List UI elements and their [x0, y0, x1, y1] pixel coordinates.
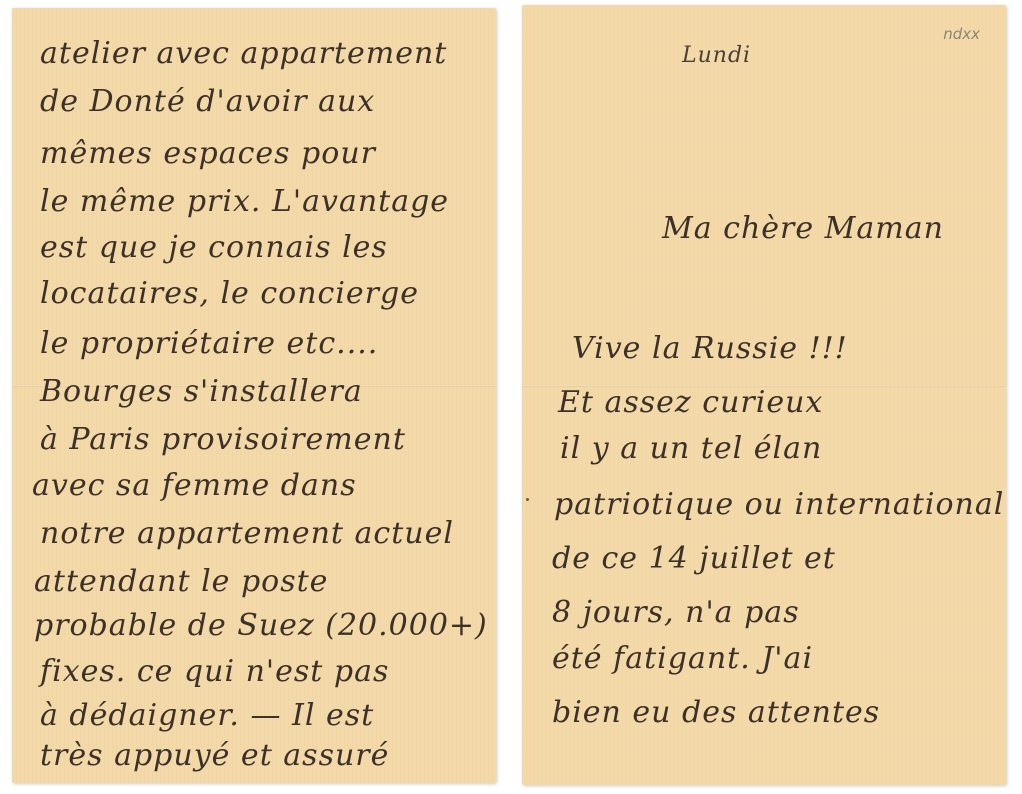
letter-line: attendant le poste [34, 564, 328, 599]
letter-line: locataires, le concierge [40, 276, 419, 311]
letter-sheet-left: atelier avec appartement de Donté d'avoi… [12, 8, 496, 783]
letter-line-vive-la-russie: Vive la Russie !!! [572, 331, 848, 366]
letter-line: Vive la Russie !!! [572, 331, 848, 366]
letter-line: avec sa femme dans [32, 468, 357, 503]
letter-line: bien eu des attentes [552, 695, 880, 730]
letter-line: atelier avec appartement [40, 36, 447, 71]
letter-line: de Donté d'avoir aux [40, 84, 375, 119]
archive-pencil-mark: ndxx [943, 25, 980, 43]
letter-line: très appuyé et assuré [40, 738, 389, 773]
letter-line-suez: probable de Suez (20.000+) [34, 608, 488, 643]
letter-line: notre appartement actuel [40, 516, 454, 551]
letter-line: Et assez curieux [558, 385, 823, 420]
letter-line: le même prix. L'avantage [40, 184, 449, 219]
letter-line: de ce 14 juillet et [552, 541, 836, 576]
letter-line: 8 jours, n'a pas [552, 595, 800, 630]
letter-date: Lundi [682, 43, 751, 68]
letter-line: le propriétaire etc.... [40, 326, 378, 361]
letter-line: été fatigant. J'ai [552, 641, 813, 676]
letter-line: mêmes espaces pour [40, 136, 376, 171]
letter-line: il y a un tel élan [560, 431, 822, 466]
letter-line: à Paris provisoirement [40, 422, 406, 457]
letter-sheet-right: ndxx Lundi Ma chère Maman Vive la Russie… [522, 5, 1006, 785]
letter-line: Bourges s'installera [40, 374, 363, 409]
letter-line: patriotique ou international [554, 487, 1004, 522]
letter-line: est que je connais les [40, 230, 388, 265]
letter-salutation: Ma chère Maman [662, 211, 944, 246]
ink-dot [526, 498, 529, 501]
letter-line: fixes. ce qui n'est pas [40, 654, 389, 689]
letter-line: à dédaigner. — Il est [40, 698, 374, 733]
